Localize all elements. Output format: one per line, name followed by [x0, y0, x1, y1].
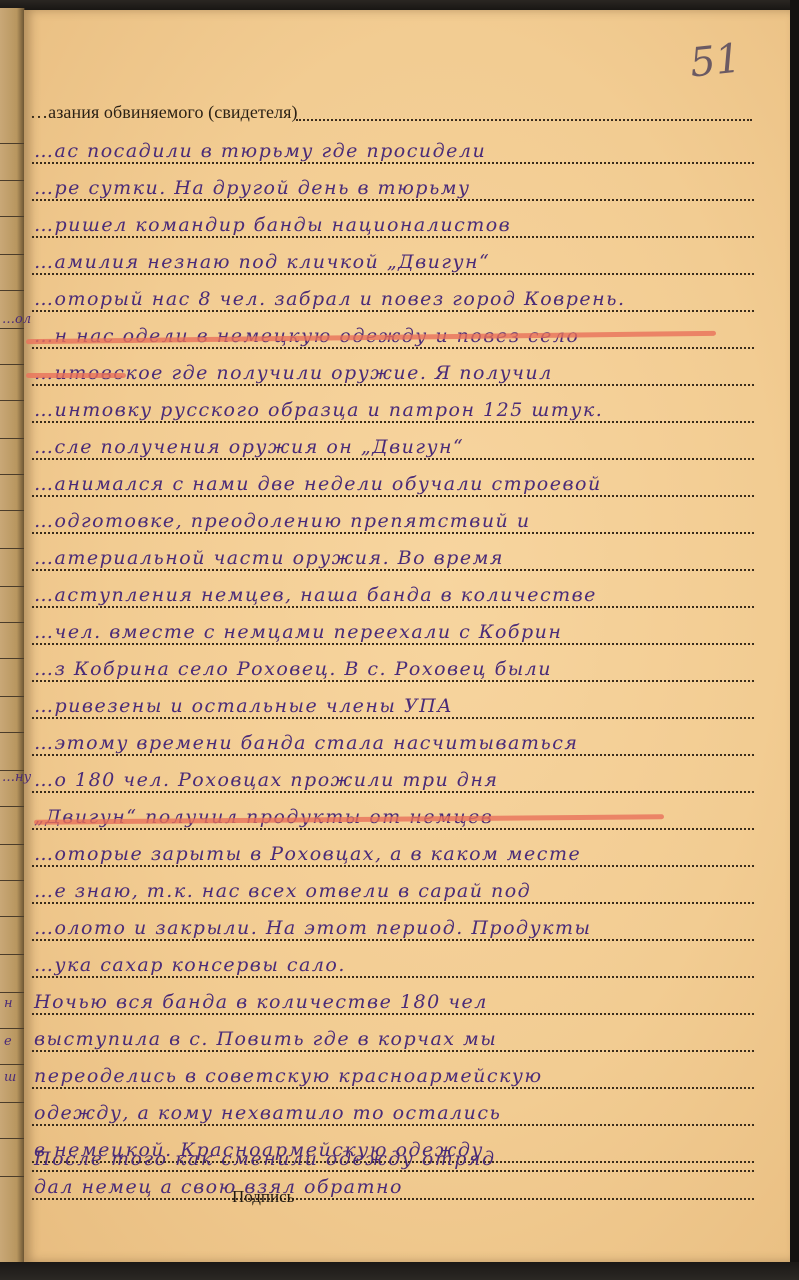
handwritten-line: …оторый нас 8 чел. забрал и повез город … [32, 280, 754, 316]
margin-note: …ну [2, 770, 31, 785]
handwritten-line: одежду, а кому нехватило то остались [32, 1094, 754, 1130]
scan-bottom-edge [0, 1262, 799, 1280]
handwritten-line: …аступления немцев, наша банда в количес… [32, 576, 754, 612]
handwritten-line: …сле получения оружия он „Двигун“ [32, 428, 754, 464]
header-dotted-line [296, 119, 752, 121]
handwritten-line: выступила в с. Повить где в корчах мы [32, 1020, 754, 1056]
margin-note: е [4, 1034, 12, 1049]
margin-note: н [4, 996, 13, 1011]
handwritten-line: …чел. вместе с немцами переехали с Кобри… [32, 613, 754, 649]
handwritten-line: …итовское где получили оружие. Я получил [32, 354, 754, 390]
page-number: 51 [688, 35, 743, 86]
handwritten-line: …амилия незнаю под кличкой „Двигун“ [32, 243, 754, 279]
handwritten-line: …одготовке, преодолению препятствий и [32, 502, 754, 538]
handwritten-line: …атериальной части оружия. Во время [32, 539, 754, 575]
margin-note: ш [4, 1070, 16, 1085]
handwritten-line-last: После того как сменили одежду отряд [32, 1140, 754, 1176]
document-page: 51 …азания обвиняемого (свидетеля) …ас п… [24, 10, 790, 1262]
handwritten-line: переоделись в советскую красноармейскую [32, 1057, 754, 1093]
handwritten-line: …ас посадили в тюрьму где просидели [32, 132, 754, 168]
handwritten-line: …ре сутки. На другой день в тюрьму [32, 169, 754, 205]
margin-note: …ол [2, 312, 31, 327]
handwritten-line: …олото и закрыли. На этот период. Продук… [32, 909, 754, 945]
scan-right-edge [790, 0, 799, 1280]
handwritten-line: …ришел командир банды националистов [32, 206, 754, 242]
handwritten-line: …анимался с нами две недели обучали стро… [32, 465, 754, 501]
handwritten-line: …з Кобрина село Роховец. В с. Роховец бы… [32, 650, 754, 686]
handwritten-line: …оторые зарыты в Роховцах, а в каком мес… [32, 835, 754, 871]
handwritten-line: Ночью вся банда в количестве 180 чел [32, 983, 754, 1019]
red-pencil-underline [26, 373, 126, 378]
handwritten-line: …ривезены и остальные члены УПА [32, 687, 754, 723]
handwritten-line: …этому времени банда стала насчитываться [32, 724, 754, 760]
signature-label: Подпись [232, 1187, 294, 1207]
form-header-label: …азания обвиняемого (свидетеля) [30, 102, 298, 123]
handwritten-line: …интовку русского образца и патрон 125 ш… [32, 391, 754, 427]
handwritten-line: …о 180 чел. Роховцах прожили три дня [32, 761, 754, 797]
handwritten-line: …е знаю, т.к. нас всех отвели в сарай по… [32, 872, 754, 908]
handwritten-line: …ука сахар консервы сало. [32, 946, 754, 982]
